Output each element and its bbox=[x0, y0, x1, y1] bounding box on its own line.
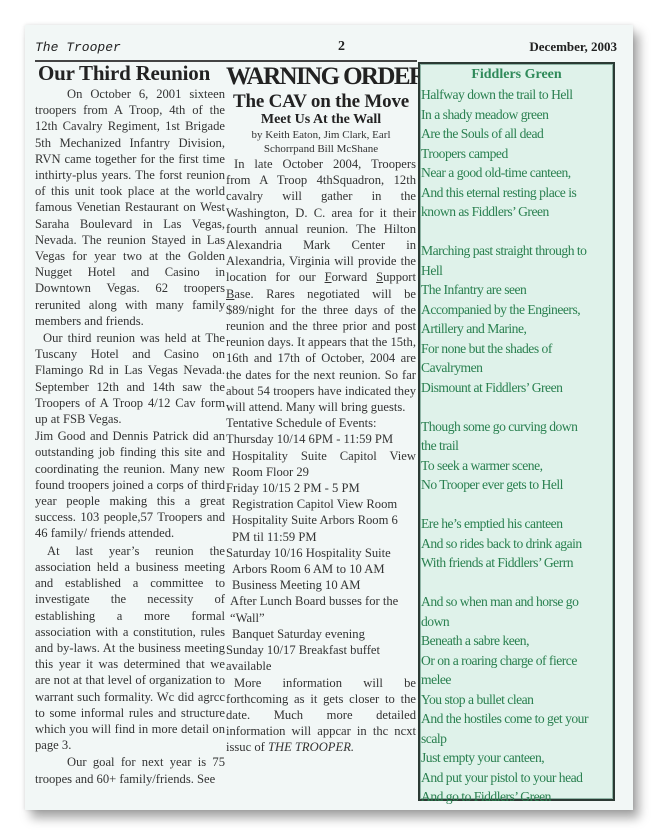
schedule-item: Thursday 10/14 6PM - 11:59 PM bbox=[226, 431, 416, 447]
page-header: The Trooper 2 December, 2003 bbox=[25, 40, 633, 58]
publication-name: The Trooper bbox=[35, 40, 121, 55]
article-third-reunion: Our Third Reunion On October 6, 2001 six… bbox=[35, 61, 225, 787]
poem-line: the trail bbox=[420, 436, 613, 456]
poem-line: melee bbox=[420, 670, 613, 690]
schedule-item: Arbors Room 6 AM to 10 AM bbox=[226, 561, 416, 577]
poem-line: Or on a roaring charge of fierce bbox=[420, 651, 613, 671]
poem-line: down bbox=[420, 612, 613, 632]
poem-line: Hell bbox=[420, 261, 613, 281]
poem-line: Though some go curving down bbox=[420, 417, 613, 437]
schedule-item: Hospitality Suite Capitol View Room Floo… bbox=[226, 448, 416, 480]
paragraph: On October 6, 2001 sixteen troopers from… bbox=[35, 86, 225, 329]
poem-line: scalp bbox=[420, 729, 613, 749]
article-kicker: WARNING ORDER bbox=[226, 65, 416, 89]
poem-line: To seek a warmer scene, bbox=[420, 456, 613, 476]
stanza-gap bbox=[420, 397, 613, 417]
paragraph: At last year’s reunion the association h… bbox=[35, 543, 225, 754]
poem-line: Dismount at Fiddlers’ Green bbox=[420, 378, 613, 398]
poem-line: Ere he’s emptied his canteen bbox=[420, 514, 613, 534]
poem-line: With friends at Fiddlers’ Gerrn bbox=[420, 553, 613, 573]
poem-line: And so rides back to drink again bbox=[420, 534, 613, 554]
poem-line: Troopers camped bbox=[420, 144, 613, 164]
stanza-gap bbox=[420, 222, 613, 242]
poem-line: And this eternal resting place is bbox=[420, 183, 613, 203]
poem-line: And put your pistol to your head bbox=[420, 768, 613, 788]
poem-stanza: Halfway down the trail to Hell In a shad… bbox=[420, 85, 613, 222]
poem-line: Just empty your canteen, bbox=[420, 748, 613, 768]
poem-line: Near a good old-time canteen, bbox=[420, 163, 613, 183]
poem-box-fiddlers-green: Fiddlers Green Halfway down the trail to… bbox=[418, 62, 615, 801]
article-subtitle: Meet Us At the Wall bbox=[226, 112, 416, 127]
article-title: Our Third Reunion bbox=[35, 61, 225, 85]
paragraph: Jim Good and Dennis Patrick did an outst… bbox=[35, 428, 225, 541]
poem-line: Are the Souls of all dead bbox=[420, 124, 613, 144]
poem-stanza: And so when man and horse go down Beneat… bbox=[420, 592, 613, 807]
poem-stanza: Marching past straight through to Hell T… bbox=[420, 241, 613, 397]
paragraph: Our goal for next year is 75 troopes and… bbox=[35, 754, 225, 786]
poem-line: known as Fiddlers’ Green bbox=[420, 202, 613, 222]
poem-line: Accompanied by the Engineers, bbox=[420, 300, 613, 320]
schedule-item: Sunday 10/17 Breakfast buffet available bbox=[226, 642, 416, 674]
paragraph: In late October 2004, Troopers from A Tr… bbox=[226, 156, 416, 415]
schedule-item: Hospitality Suite Arbors Room 6 PM til 1… bbox=[226, 512, 416, 544]
paragraph: More information will be forthcoming as … bbox=[226, 675, 416, 756]
stanza-gap bbox=[420, 495, 613, 515]
schedule-item: Registration Capitol View Room bbox=[226, 496, 416, 512]
schedule-item: Friday 10/15 2 PM - 5 PM bbox=[226, 480, 416, 496]
poem-line: Cavalrymen bbox=[420, 358, 613, 378]
schedule-item: Saturday 10/16 Hospitality Suite bbox=[226, 545, 416, 561]
page-number: 2 bbox=[338, 39, 345, 55]
poem-line: And so when man and horse go bbox=[420, 592, 613, 612]
poem-line: Beneath a sabre keen, bbox=[420, 631, 613, 651]
stanza-gap bbox=[420, 573, 613, 593]
poem-line: For none but the shades of bbox=[420, 339, 613, 359]
poem-title: Fiddlers Green bbox=[420, 67, 613, 83]
article-warning-order: WARNING ORDER The CAV on the Move Meet U… bbox=[226, 65, 416, 756]
schedule-title: Tentative Schedule of Events: bbox=[226, 415, 416, 431]
schedule-item: Business Meeting 10 AM bbox=[226, 577, 416, 593]
issue-date: December, 2003 bbox=[529, 39, 617, 55]
poem-line: Halfway down the trail to Hell bbox=[420, 85, 613, 105]
poem-line: You stop a bullet clean bbox=[420, 690, 613, 710]
poem-line: And go to Fiddlers’ Green bbox=[420, 787, 613, 807]
poem-line: In a shady meadow green bbox=[420, 105, 613, 125]
byline: by Keith Eaton, Jim Clark, Earl Schorrpa… bbox=[226, 129, 416, 156]
schedule-item: After Lunch Board busses for the “Wall” bbox=[226, 593, 416, 625]
poem-line: The Infantry are seen bbox=[420, 280, 613, 300]
poem-stanza: Though some go curving down the trail To… bbox=[420, 417, 613, 495]
poem-line: No Trooper ever gets to Hell bbox=[420, 475, 613, 495]
poem-line: And the hostiles come to get your bbox=[420, 709, 613, 729]
newsletter-page: The Trooper 2 December, 2003 Our Third R… bbox=[25, 25, 633, 810]
schedule-item: Banquet Saturday evening bbox=[226, 626, 416, 642]
poem-stanza: Ere he’s emptied his canteen And so ride… bbox=[420, 514, 613, 573]
poem-line: Marching past straight through to bbox=[420, 241, 613, 261]
poem-line: Artillery and Marine, bbox=[420, 319, 613, 339]
article-title: The CAV on the Move bbox=[226, 91, 416, 112]
paragraph: Our third reunion was held at The Tuscan… bbox=[35, 330, 225, 427]
